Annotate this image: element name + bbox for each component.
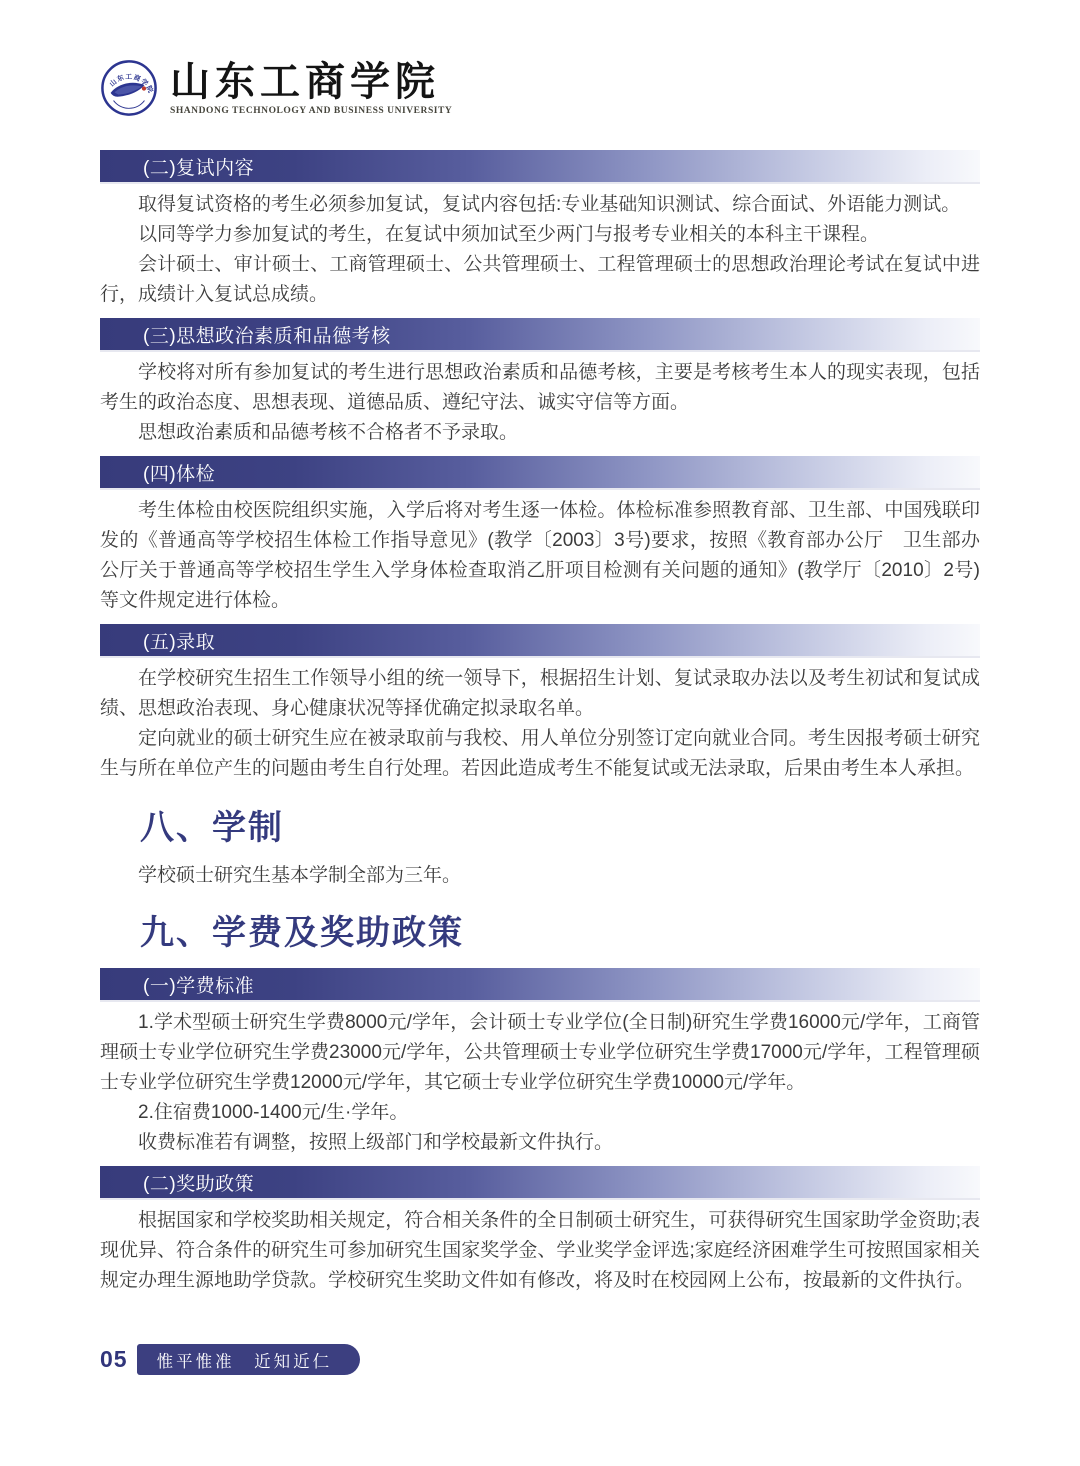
paragraph: 2.住宿费1000-1400元/生·学年。 [100,1098,980,1128]
section-physical-exam: (四)体检 考生体检由校医院组织实施，入学后将对考生逐一体检。体检标准参照教育部… [100,456,980,624]
page-number: 05 [100,1346,128,1373]
logo-text: 山东工商学院 SHANDONG TECHNOLOGY AND BUSINESS … [170,61,452,116]
section-header-recheck-content: (二)复试内容 [100,150,980,182]
section-admission: (五)录取 在学校研究生招生工作领导小组的统一领导下，根据招生计划、复试录取办法… [100,624,980,792]
paragraph: 收费标准若有调整，按照上级部门和学校最新文件执行。 [100,1128,980,1158]
paragraph: 根据国家和学校奖助相关规定，符合相关条件的全日制硕士研究生，可获得研究生国家助学… [100,1206,980,1296]
chapter-heading-schooling-years: 八、学制 [100,808,980,849]
paragraph: 在学校研究生招生工作领导小组的统一领导下，根据招生计划、复试录取办法以及考生初试… [100,664,980,724]
section-header-tuition-standard: (一)学费标准 [100,968,980,1000]
section-header-subsidy-policy: (二)奖助政策 [100,1166,980,1198]
section-tuition-standard: (一)学费标准 1.学术型硕士研究生学费8000元/学年，会计硕士专业学位(全日… [100,968,980,1166]
page-content: 山东工商学院 山东工商学院 SHANDONG TECHNOLOGY AND BU… [0,0,1080,1304]
paragraph: 会计硕士、审计硕士、工商管理硕士、公共管理硕士、工程管理硕士的思想政治理论考试在… [100,250,980,310]
page-footer: 05 惟平惟准 近知近仁 [100,1344,360,1375]
paragraph: 思想政治素质和品德考核不合格者不予录取。 [100,418,980,448]
paragraph: 考生体检由校医院组织实施，入学后将对考生逐一体检。体检标准参照教育部、卫生部、中… [100,496,980,616]
university-name-zh: 山东工商学院 [170,61,452,103]
section-header-political-assessment: (三)思想政治素质和品德考核 [100,318,980,350]
paragraph: 取得复试资格的考生必须参加复试，复试内容包括:专业基础知识测试、综合面试、外语能… [100,190,980,220]
paragraph: 学校将对所有参加复试的考生进行思想政治素质和品德考核，主要是考核考生本人的现实表… [100,358,980,418]
university-seal-icon: 山东工商学院 [100,59,158,117]
motto-pill: 惟平惟准 近知近仁 [137,1344,361,1375]
chapter-heading-tuition-policy: 九、学费及奖助政策 [100,913,980,954]
paragraph: 1.学术型硕士研究生学费8000元/学年，会计硕士专业学位(全日制)研究生学费1… [100,1008,980,1098]
section-header-admission: (五)录取 [100,624,980,656]
paragraph: 定向就业的硕士研究生应在被录取前与我校、用人单位分别签订定向就业合同。考生因报考… [100,724,980,784]
section-subsidy-policy: (二)奖助政策 根据国家和学校奖助相关规定，符合相关条件的全日制硕士研究生，可获… [100,1166,980,1304]
section-recheck-content: (二)复试内容 取得复试资格的考生必须参加复试，复试内容包括:专业基础知识测试、… [100,150,980,318]
motto-text: 惟平惟准 近知近仁 [157,1348,333,1372]
paragraph: 以同等学力参加复试的考生，在复试中须加试至少两门与报考专业相关的本科主干课程。 [100,220,980,250]
section-header-physical-exam: (四)体检 [100,456,980,488]
university-name-en: SHANDONG TECHNOLOGY AND BUSINESS UNIVERS… [170,106,452,116]
section-political-assessment: (三)思想政治素质和品德考核 学校将对所有参加复试的考生进行思想政治素质和品德考… [100,318,980,456]
university-logo: 山东工商学院 山东工商学院 SHANDONG TECHNOLOGY AND BU… [100,56,980,120]
paragraph: 学校硕士研究生基本学制全部为三年。 [100,861,980,891]
